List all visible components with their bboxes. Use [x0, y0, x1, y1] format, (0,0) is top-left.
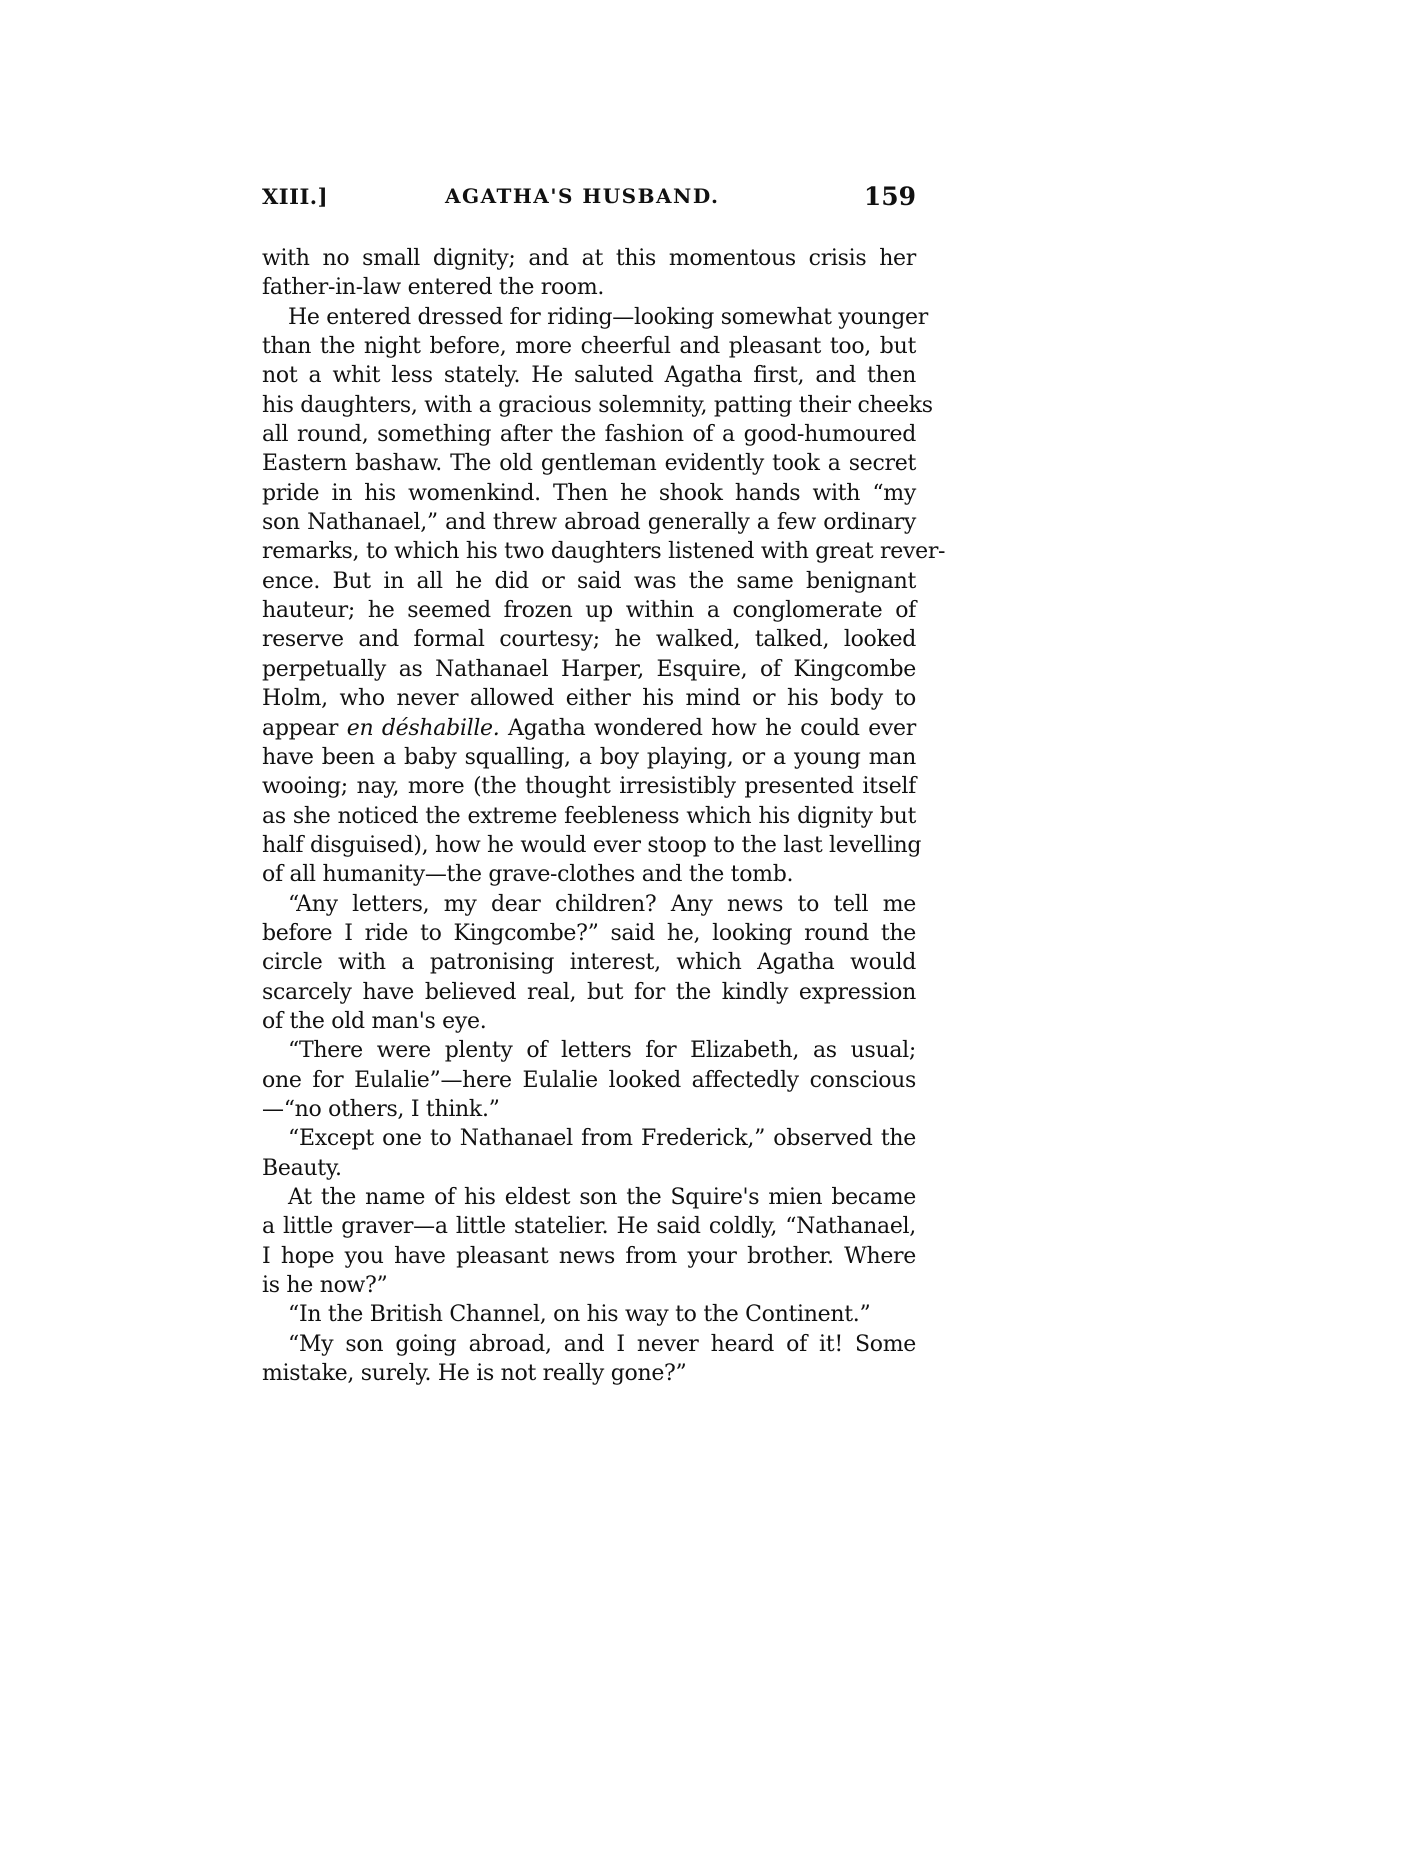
text-line: reserve and formal courtesy; he walked, … — [262, 625, 916, 654]
text-line: I hope you have pleasant news from your … — [262, 1242, 916, 1271]
text-line: pride in his womenkind. Then he shook ha… — [262, 479, 916, 508]
text-line: Holm, who never allowed either his mind … — [262, 684, 916, 713]
text-line: before I ride to Kingcombe?” said he, lo… — [262, 919, 916, 948]
text-line: not a whit less stately. He saluted Agat… — [262, 361, 916, 390]
text-line: Beauty. — [262, 1154, 916, 1183]
text-segment: appear — [262, 716, 347, 741]
text-line: scarcely have believed real, but for the… — [262, 978, 916, 1007]
text-line: “Any letters, my dear children? Any news… — [262, 890, 916, 919]
text-line: “Except one to Nathanael from Frederick,… — [262, 1124, 916, 1153]
text-line: is he now?” — [262, 1271, 916, 1300]
text-line: mistake, surely. He is not really gone?” — [262, 1359, 916, 1388]
text-line: as she noticed the extreme feebleness wh… — [262, 802, 916, 831]
chapter-marker: XIII.] — [262, 184, 328, 209]
text-line: father-in-law entered the room. — [262, 273, 916, 302]
running-title: AGATHA'S HUSBAND. — [445, 184, 719, 208]
italic-phrase: en déshabille. — [347, 716, 500, 741]
text-line: of all humanity—the grave-clothes and th… — [262, 860, 916, 889]
text-line: perpetually as Nathanael Harper, Esquire… — [262, 655, 916, 684]
text-line: a little graver—a little statelier. He s… — [262, 1212, 916, 1241]
page-number: 159 — [864, 182, 916, 211]
running-head: XIII.] AGATHA'S HUSBAND. 159 — [262, 184, 916, 218]
text-line: of the old man's eye. — [262, 1007, 916, 1036]
text-line: his daughters, with a gracious solemnity… — [262, 391, 916, 420]
text-line: Eastern bashaw. The old gentleman eviden… — [262, 449, 916, 478]
text-line: He entered dressed for riding—looking so… — [262, 303, 916, 332]
text-line: “My son going abroad, and I never heard … — [262, 1330, 916, 1359]
text-line: one for Eulalie”—here Eulalie looked aff… — [262, 1066, 916, 1095]
text-line: “There were plenty of letters for Elizab… — [262, 1036, 916, 1065]
text-line: son Nathanael,” and threw abroad general… — [262, 508, 916, 537]
text-line: ence. But in all he did or said was the … — [262, 567, 916, 596]
text-line: wooing; nay, more (the thought irresisti… — [262, 772, 916, 801]
text-line: with no small dignity; and at this momen… — [262, 244, 916, 273]
text-line: “In the British Channel, on his way to t… — [262, 1300, 916, 1329]
text-line: At the name of his eldest son the Squire… — [262, 1183, 916, 1212]
text-line: hauteur; he seemed frozen up within a co… — [262, 596, 916, 625]
text-line: than the night before, more cheerful and… — [262, 332, 916, 361]
text-line: circle with a patronising interest, whic… — [262, 948, 916, 977]
text-line: appear en déshabille. Agatha wondered ho… — [262, 714, 916, 743]
text-line: —“no others, I think.” — [262, 1095, 916, 1124]
text-segment: Agatha wondered how he could ever — [499, 716, 916, 741]
body-text: with no small dignity; and at this momen… — [262, 244, 916, 1388]
text-line: remarks, to which his two daughters list… — [262, 537, 916, 566]
text-line: half disguised), how he would ever stoop… — [262, 831, 916, 860]
text-line: have been a baby squalling, a boy playin… — [262, 743, 916, 772]
text-line: all round, something after the fashion o… — [262, 420, 916, 449]
